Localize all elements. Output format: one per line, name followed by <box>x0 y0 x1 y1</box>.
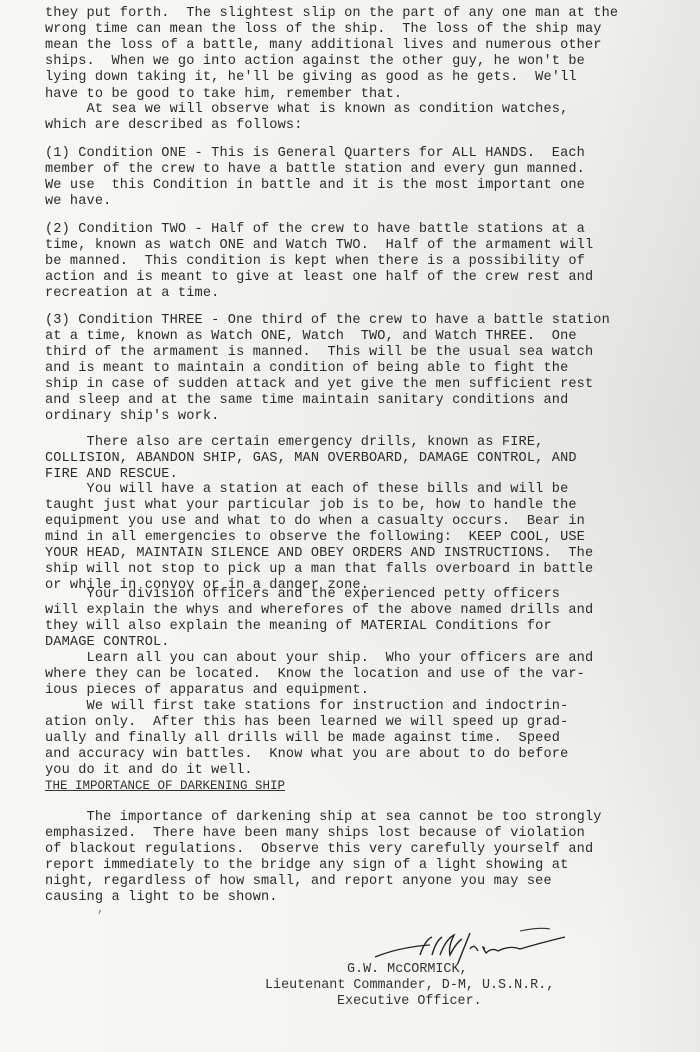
text-line: they will also explain the meaning of MA… <box>45 619 552 635</box>
text-line: (1) Condition ONE - This is General Quar… <box>45 146 585 162</box>
text-line: equipment you use and what to do when a … <box>45 514 585 530</box>
text-line: ation only. After this has been learned … <box>45 715 568 731</box>
text-line: Learn all you can about your ship. Who y… <box>45 651 593 667</box>
text-line: We will first take stations for instruct… <box>45 699 568 715</box>
text-line: you do it and do it well. <box>45 763 253 779</box>
text-line: will explain the whys and wherefores of … <box>45 603 593 619</box>
text-line: mean the loss of a battle, many addition… <box>45 38 602 54</box>
signer-title: Executive Officer. <box>337 994 482 1009</box>
text-line: they put forth. The slightest slip on th… <box>45 6 618 22</box>
text-line: time, known as watch ONE and Watch TWO. … <box>45 238 593 254</box>
text-line: third of the armament is manned. This wi… <box>45 345 593 361</box>
text-line: There also are certain emergency drills,… <box>45 435 543 451</box>
text-line: causing a light to be shown. <box>45 890 278 906</box>
section-heading: THE IMPORTANCE OF DARKENING SHIP <box>45 779 285 793</box>
text-line: ually and finally all drills will be mad… <box>45 731 560 747</box>
text-line: The importance of darkening ship at sea … <box>45 810 602 826</box>
text-line: and sleep and at the same time maintain … <box>45 393 568 409</box>
text-line: ious pieces of apparatus and equipment. <box>45 683 369 699</box>
document-page: they put forth. The slightest slip on th… <box>0 0 700 1052</box>
text-line: and is meant to maintain a condition of … <box>45 361 568 377</box>
text-line: of blackout regulations. Observe this ve… <box>45 842 593 858</box>
signer-rank: Lieutenant Commander, D-M, U.S.N.R., <box>265 978 554 993</box>
text-line: ship in case of sudden attack and yet gi… <box>45 377 593 393</box>
text-line: ships. When we go into action against th… <box>45 54 585 70</box>
text-line: emphasized. There have been many ships l… <box>45 826 585 842</box>
text-line: action and is meant to give at least one… <box>45 270 593 286</box>
signer-name: G.W. McCORMICK, <box>347 962 468 977</box>
text-line: (3) Condition THREE - One third of the c… <box>45 313 610 329</box>
text-line: ordinary ship's work. <box>45 409 219 425</box>
text-line: be manned. This condition is kept when t… <box>45 254 585 270</box>
text-line: wrong time can mean the loss of the ship… <box>45 22 602 38</box>
text-line: mind in all emergencies to observe the f… <box>45 530 585 546</box>
text-line: report immediately to the bridge any sig… <box>45 858 568 874</box>
text-line: and accuracy win battles. Know what you … <box>45 747 568 763</box>
text-line: at a time, known as Watch ONE, Watch TWO… <box>45 329 577 345</box>
text-line: night, regardless of how small, and repo… <box>45 874 552 890</box>
text-line: where they can be located. Know the loca… <box>45 667 585 683</box>
text-line: DAMAGE CONTROL. <box>45 635 170 651</box>
text-line: (2) Condition TWO - Half of the crew to … <box>45 222 585 238</box>
text-line: ship will not stop to pick up a man that… <box>45 562 593 578</box>
text-line: which are described as follows: <box>45 118 303 134</box>
text-line: Your division officers and the experienc… <box>45 587 560 603</box>
text-line: member of the crew to have a battle stat… <box>45 162 585 178</box>
ink-speck: , <box>97 902 104 916</box>
text-line: recreation at a time. <box>45 286 219 302</box>
text-line: We use this Condition in battle and it i… <box>45 178 585 194</box>
text-line: FIRE AND RESCUE. <box>45 467 178 483</box>
text-line: You will have a station at each of these… <box>45 482 568 498</box>
text-line: taught just what your particular job is … <box>45 498 577 514</box>
text-line: have to be good to take him, remember th… <box>45 87 402 103</box>
text-line: lying down taking it, he'll be giving as… <box>45 70 577 86</box>
text-line: COLLISION, ABANDON SHIP, GAS, MAN OVERBO… <box>45 451 577 467</box>
text-line: we have. <box>45 194 111 210</box>
text-line: At sea we will observe what is known as … <box>45 102 568 118</box>
text-line: YOUR HEAD, MAINTAIN SILENCE AND OBEY ORD… <box>45 546 593 562</box>
